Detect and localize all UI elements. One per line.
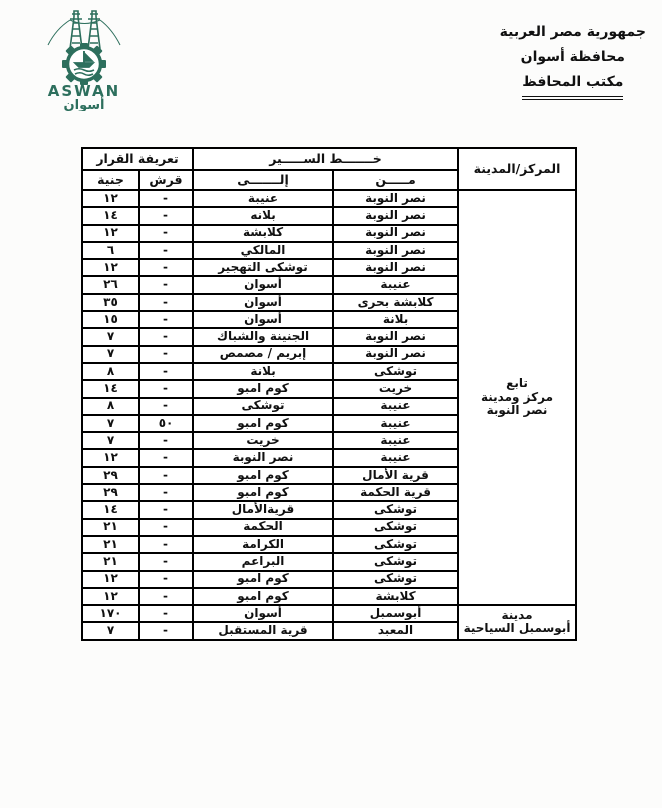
cell-qirsh: - [139, 519, 193, 536]
cell-pound: ٢٦ [82, 276, 139, 293]
cell-qirsh: ٥٠ [139, 415, 193, 432]
cell-from: عنيبة [333, 432, 458, 449]
cell-to: بلانه [193, 207, 333, 224]
letterhead-country: جمهورية مصر العربية [500, 20, 646, 45]
cell-from: عنيبة [333, 276, 458, 293]
cell-qirsh: - [139, 432, 193, 449]
cell-to: كوم امبو [193, 571, 333, 588]
cell-to: كلابشة [193, 225, 333, 242]
cell-qirsh: - [139, 190, 193, 207]
cell-qirsh: - [139, 398, 193, 415]
cell-qirsh: - [139, 622, 193, 639]
cell-from: المعبد [333, 622, 458, 639]
cell-pound: ٢٩ [82, 467, 139, 484]
cell-from: توشكى [333, 571, 458, 588]
cell-pound: ٢١ [82, 519, 139, 536]
cell-pound: ٢١ [82, 553, 139, 570]
col-header-pound: جنية [82, 170, 139, 190]
cell-to: قرية المستقبل [193, 622, 333, 639]
cell-from: بلانة [333, 311, 458, 328]
cell-qirsh: - [139, 207, 193, 224]
cell-to: كوم امبو [193, 380, 333, 397]
letterhead-office: مكتب المحافظ [522, 70, 623, 100]
cell-to: أسوان [193, 605, 333, 622]
cell-qirsh: - [139, 276, 193, 293]
cell-from: توشكى [333, 536, 458, 553]
cell-pound: ١٢ [82, 259, 139, 276]
col-header-center-city: المركز/المدينة [458, 148, 576, 190]
cell-pound: ٢٩ [82, 484, 139, 501]
logo-arabic-text: أسوان [64, 96, 105, 111]
cell-qirsh: - [139, 242, 193, 259]
cell-qirsh: - [139, 501, 193, 518]
cell-pound: ٧ [82, 346, 139, 363]
cell-from: خريت [333, 380, 458, 397]
col-header-qirsh: قرش [139, 170, 193, 190]
cell-to: أسوان [193, 294, 333, 311]
cell-to: خريت [193, 432, 333, 449]
cell-to: عنيبة [193, 190, 333, 207]
tariff-table-header: المركز/المدينة خـــــــط الســـــير تعري… [82, 148, 576, 190]
cell-qirsh: - [139, 328, 193, 345]
cell-from: كلابشة [333, 588, 458, 605]
cell-to: أسوان [193, 311, 333, 328]
table-row: مدينة أبوسمبل السياحيةأبوسمبلأسوان-١٧٠ [82, 605, 576, 622]
cell-pound: ٦ [82, 242, 139, 259]
gear-boat-icon [62, 43, 106, 85]
cell-to: نصر النوبة [193, 449, 333, 466]
cell-qirsh: - [139, 346, 193, 363]
cell-to: إبريم / مصمص [193, 346, 333, 363]
aswan-logo-graphic: ASWAN أسوان [26, 5, 142, 111]
cell-to: البراعم [193, 553, 333, 570]
cell-to: الجنينة والشباك [193, 328, 333, 345]
cell-from: قرية الأمال [333, 467, 458, 484]
center-city-group-cell: تابع مركز ومدينة نصر النوبة [458, 190, 576, 605]
cell-pound: ١٧٠ [82, 605, 139, 622]
cell-qirsh: - [139, 449, 193, 466]
cell-qirsh: - [139, 380, 193, 397]
cell-pound: ٨ [82, 363, 139, 380]
cell-qirsh: - [139, 311, 193, 328]
cell-from: نصر النوبة [333, 225, 458, 242]
cell-from: نصر النوبة [333, 207, 458, 224]
tariff-table-container: المركز/المدينة خـــــــط الســـــير تعري… [81, 147, 577, 641]
cell-qirsh: - [139, 588, 193, 605]
cell-to: الحكمة [193, 519, 333, 536]
cell-qirsh: - [139, 294, 193, 311]
cell-from: عنيبة [333, 415, 458, 432]
cell-pound: ١٢ [82, 571, 139, 588]
cell-qirsh: - [139, 363, 193, 380]
letterhead-governorate: محافظة أسوان [500, 45, 646, 70]
cell-from: عنيبة [333, 398, 458, 415]
cell-pound: ١٥ [82, 311, 139, 328]
cell-pound: ٧ [82, 328, 139, 345]
letterhead: جمهورية مصر العربية محافظة أسوان مكتب ال… [500, 20, 646, 100]
cell-pound: ٧ [82, 622, 139, 639]
cell-from: نصر النوبة [333, 190, 458, 207]
cell-from: أبوسمبل [333, 605, 458, 622]
cell-from: قرية الحكمة [333, 484, 458, 501]
cell-from: نصر النوبة [333, 346, 458, 363]
cell-from: نصر النوبة [333, 259, 458, 276]
cell-pound: ١٢ [82, 588, 139, 605]
cell-to: كوم امبو [193, 484, 333, 501]
cell-pound: ١٤ [82, 207, 139, 224]
cell-qirsh: - [139, 259, 193, 276]
scanned-tariff-document: { "letterhead": { "country": "جمهورية مص… [0, 0, 662, 808]
center-city-group-cell: مدينة أبوسمبل السياحية [458, 605, 576, 640]
cell-qirsh: - [139, 605, 193, 622]
cell-to: كوم امبو [193, 467, 333, 484]
cell-from: توشكى [333, 501, 458, 518]
cell-pound: ١٢ [82, 449, 139, 466]
cell-qirsh: - [139, 225, 193, 242]
cell-qirsh: - [139, 571, 193, 588]
cell-to: كوم امبو [193, 415, 333, 432]
cell-to: المالكي [193, 242, 333, 259]
cell-to: أسوان [193, 276, 333, 293]
aswan-logo: ASWAN أسوان [26, 5, 142, 111]
cell-to: بلانة [193, 363, 333, 380]
col-header-tariff: تعريفة القرار [82, 148, 193, 170]
cell-to: كوم امبو [193, 588, 333, 605]
cell-pound: ١٢ [82, 225, 139, 242]
cell-from: كلابشة بحرى [333, 294, 458, 311]
col-header-to: إلـــــــى [193, 170, 333, 190]
cell-qirsh: - [139, 467, 193, 484]
cell-pound: ١٤ [82, 501, 139, 518]
table-row: تابع مركز ومدينة نصر النوبةنصر النوبةعني… [82, 190, 576, 207]
cell-pound: ٨ [82, 398, 139, 415]
cell-from: توشكى [333, 553, 458, 570]
col-header-from: مـــــن [333, 170, 458, 190]
col-header-route: خـــــــط الســـــير [193, 148, 458, 170]
tariff-table: المركز/المدينة خـــــــط الســـــير تعري… [81, 147, 577, 641]
cell-to: توشكى [193, 398, 333, 415]
cell-to: قريةالأمال [193, 501, 333, 518]
cell-from: توشكى [333, 519, 458, 536]
cell-qirsh: - [139, 536, 193, 553]
cell-qirsh: - [139, 553, 193, 570]
cell-pound: ٣٥ [82, 294, 139, 311]
cell-pound: ٧ [82, 432, 139, 449]
cell-pound: ١٤ [82, 380, 139, 397]
cell-to: توشكى التهجير [193, 259, 333, 276]
cell-from: نصر النوبة [333, 328, 458, 345]
cell-to: الكرامة [193, 536, 333, 553]
cell-pound: ١٢ [82, 190, 139, 207]
cell-from: عنيبة [333, 449, 458, 466]
tariff-table-body: تابع مركز ومدينة نصر النوبةنصر النوبةعني… [82, 190, 576, 640]
cell-from: نصر النوبة [333, 242, 458, 259]
cell-from: توشكى [333, 363, 458, 380]
cell-pound: ٧ [82, 415, 139, 432]
cell-qirsh: - [139, 484, 193, 501]
cell-pound: ٢١ [82, 536, 139, 553]
